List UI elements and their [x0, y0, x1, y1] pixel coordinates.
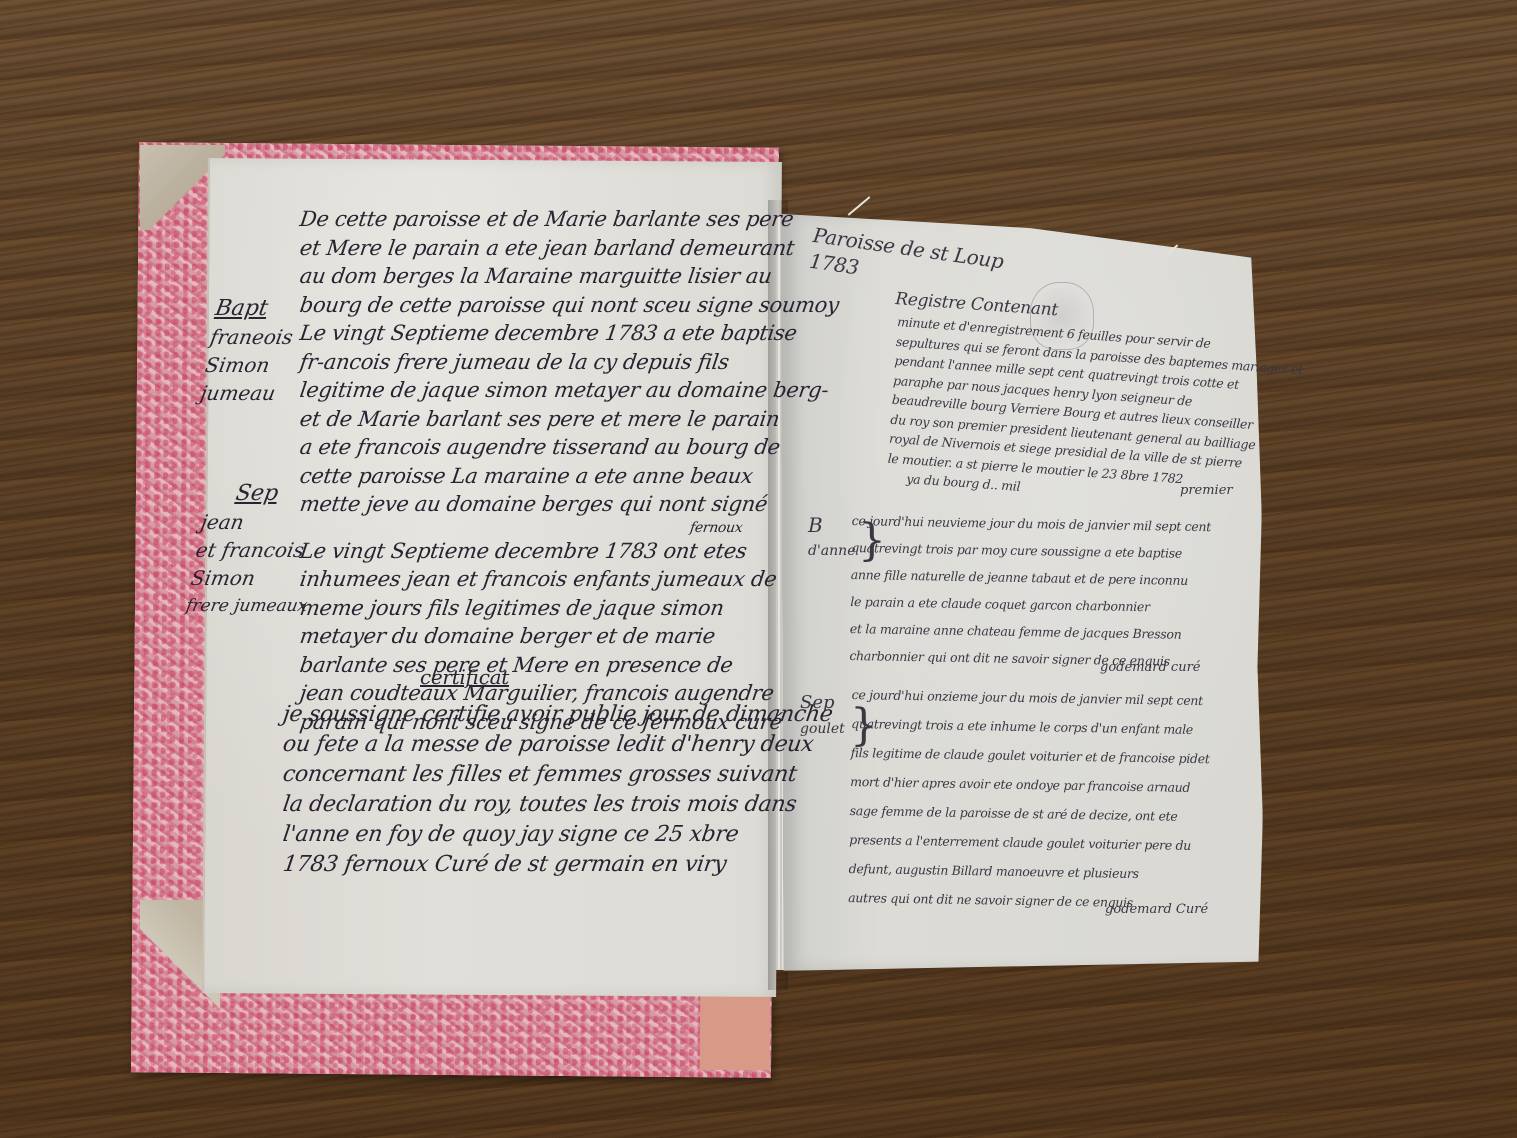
text-line: meme jours fils legitimes de jaque simon [298, 594, 841, 623]
text-line: et de Marie barlant ses pere et mere le … [298, 405, 841, 434]
margin-note-burial-goulet: Sep goulet [800, 690, 845, 742]
text-line: a ete francois augendre tisserand au bou… [298, 433, 841, 462]
margin-note-line: frere jumeaux [184, 592, 310, 620]
right-page-entry-baptism: ce jourd'hui neuvieme jour du mois de ja… [849, 507, 1211, 675]
right-page-entry-burial: ce jourd'hui onzieme jour du mois de jan… [848, 680, 1211, 918]
text-line: la declaration du roy, toutes les trois … [281, 790, 835, 820]
text-line: Le vingt Septieme decembre 1783 ont etes [298, 537, 841, 566]
text-line: concernant les filles et femmes grosses … [281, 760, 835, 790]
text-line: De cette paroisse et de Marie barlante s… [298, 205, 841, 234]
signature: godemard Curé [1105, 902, 1208, 917]
text-line: 1783 fernoux Curé de st germain en viry [281, 850, 835, 880]
text-line: fr-ancois frere jumeau de la cy depuis f… [298, 348, 841, 377]
margin-note-line: d'anne [808, 538, 855, 564]
text-line: je soussigne certifie avoir publie jour … [281, 700, 835, 730]
text-line: mette jeve au domaine berges qui nont si… [298, 490, 841, 519]
margin-note-header: Bapt [213, 295, 300, 323]
margin-note-header: Sep [800, 690, 845, 716]
text-line: metayer du domaine berger et de marie [298, 622, 841, 651]
certificat-heading: certificat [420, 665, 509, 689]
text-line: au dom berges la Maraine marguitte lisie… [298, 262, 841, 291]
signature: premier [1180, 483, 1233, 498]
margin-note-baptism-anne: B d'anne [808, 512, 855, 564]
text-line: ou fete a la messe de paroisse ledit d'h… [281, 730, 835, 760]
left-page-entry-baptism: De cette paroisse et de Marie barlante s… [300, 205, 839, 736]
text-line: l'anne en foy de quoy jay signe ce 25 xb… [281, 820, 835, 850]
text-line: legitime de jaque simon metayer au domai… [298, 376, 841, 405]
left-page-certificat: je soussigne certifie avoir publie jour … [283, 700, 832, 880]
signature: godemard curé [1100, 660, 1200, 675]
text-line: barlante ses pere et Mere en presence de [298, 651, 841, 680]
text-line: cette paroisse La maraine a ete anne bea… [298, 462, 841, 491]
margin-note-line: goulet [800, 716, 845, 742]
margin-note-header: B [808, 512, 855, 538]
margin-note-line: Simon [189, 564, 315, 592]
text-line: inhumees jean et francois enfants jumeau… [298, 565, 841, 594]
margin-note-line: Simon [203, 351, 290, 379]
margin-note-line: franeois [208, 323, 295, 351]
register-intro: minute et d'enregistrement 6 feuilles po… [886, 312, 1305, 516]
text-line: et Mere le parain a ete jean barland dem… [298, 234, 841, 263]
margin-note-line: jumeau [198, 379, 285, 407]
cover-edge [700, 985, 771, 1071]
text-line: Le vingt Septieme decembre 1783 a ete ba… [298, 319, 841, 348]
text-line: bourg de cette paroisse qui nont sceu si… [298, 291, 841, 320]
